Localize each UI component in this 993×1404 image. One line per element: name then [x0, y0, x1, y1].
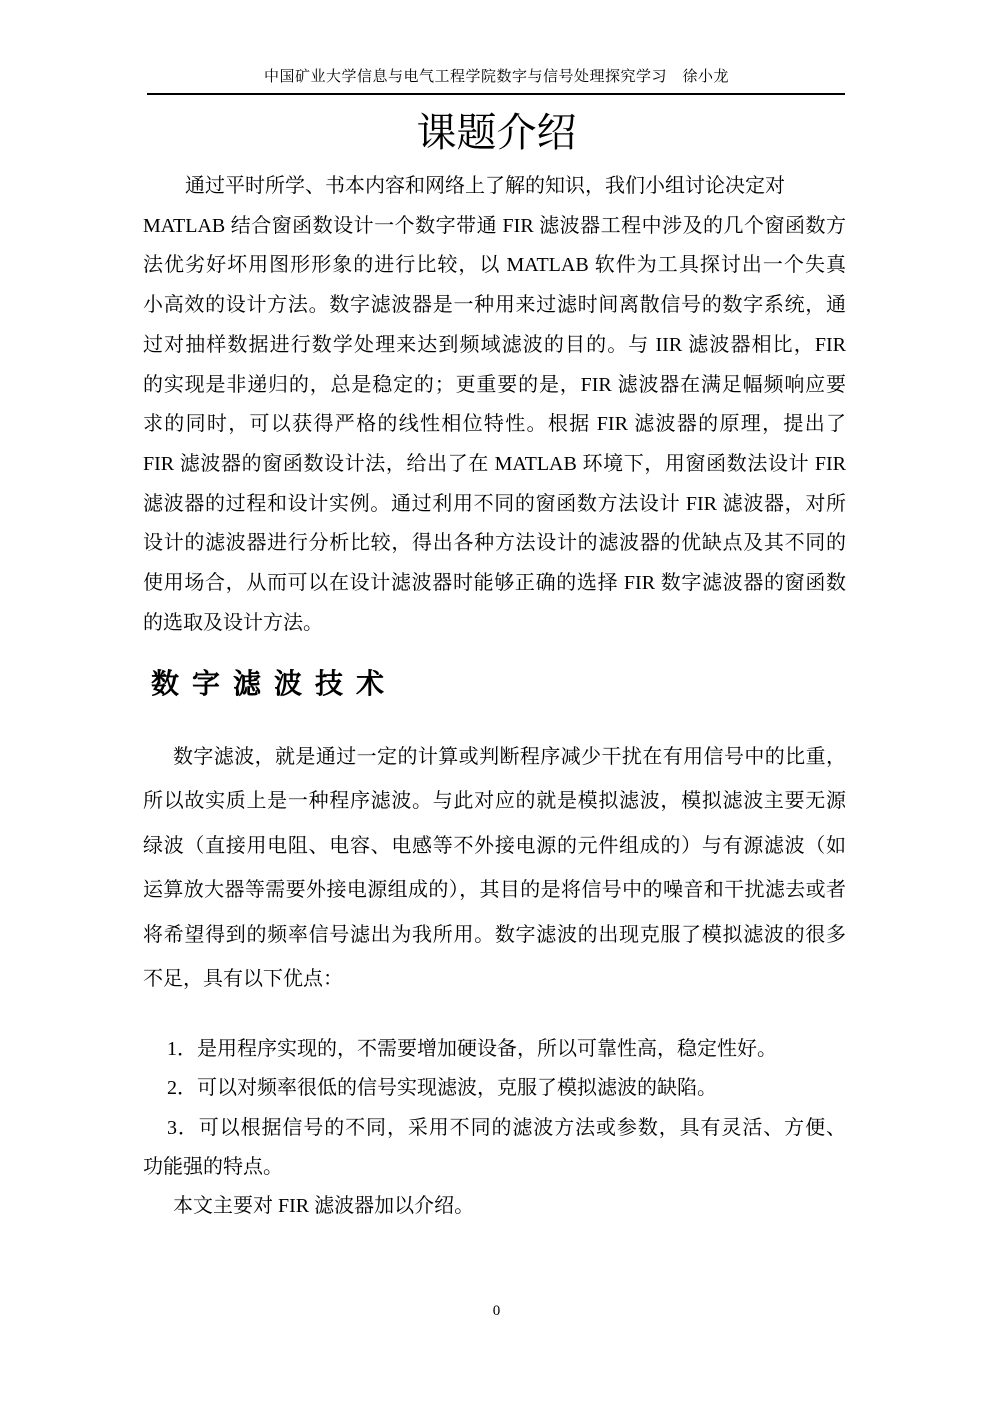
- text-line: 所以故实质上是一种程序滤波。与此对应的就是模拟滤波，模拟滤波主要无源: [143, 779, 846, 823]
- text-line: 小高效的设计方法。数字滤波器是一种用来过滤时间离散信号的数字系统，通: [143, 286, 846, 326]
- text-line: 使用场合，从而可以在设计滤波器时能够正确的选择 FIR 数字滤波器的窗函数: [143, 564, 846, 604]
- intro-paragraph: 通过平时所学、书本内容和网络上了解的知识，我们小组讨论决定对 MATLAB 结合…: [143, 167, 846, 643]
- page-header: 中国矿业大学信息与电气工程学院数字与信号处理探究学习 徐小龙: [0, 67, 993, 87]
- text-line: MATLAB 结合窗函数设计一个数字带通 FIR 滤波器工程中涉及的几个窗函数方: [143, 207, 846, 247]
- text-line: 过对抽样数据进行数学处理来达到频域滤波的目的。与 IIR 滤波器相比，FIR: [143, 326, 846, 366]
- document-page: 中国矿业大学信息与电气工程学院数字与信号处理探究学习 徐小龙 课题介绍 通过平时…: [0, 0, 993, 1404]
- list-item: 3．可以根据信号的不同，采用不同的滤波方法或参数，具有灵活、方便、: [143, 1109, 846, 1148]
- header-rule: [147, 93, 845, 95]
- advantages-list: 1．是用程序实现的，不需要增加硬设备，所以可靠性高，稳定性好。 2．可以对频率很…: [143, 1030, 846, 1226]
- text-line: 的选取及设计方法。: [143, 604, 846, 644]
- text-line: 通过平时所学、书本内容和网络上了解的知识，我们小组讨论决定对: [143, 167, 846, 207]
- text-line: 将希望得到的频率信号滤出为我所用。数字滤波的出现克服了模拟滤波的很多: [143, 913, 846, 957]
- text-line: 绿波（直接用电阻、电容、电感等不外接电源的元件组成的）与有源滤波（如: [143, 824, 846, 868]
- text-line: 不足，具有以下优点：: [143, 957, 846, 1001]
- list-continuation: 功能强的特点。: [143, 1148, 846, 1187]
- text-line: 求的同时，可以获得严格的线性相位特性。根据 FIR 滤波器的原理，提出了: [143, 405, 846, 445]
- text-line: 运算放大器等需要外接电源组成的），其目的是将信号中的噪音和干扰滤去或者: [143, 868, 846, 912]
- closing-line: 本文主要对 FIR 滤波器加以介绍。: [143, 1187, 846, 1226]
- list-item: 2．可以对频率很低的信号实现滤波，克服了模拟滤波的缺陷。: [143, 1069, 846, 1108]
- text-line: 滤波器的过程和设计实例。通过利用不同的窗函数方法设计 FIR 滤波器，对所: [143, 485, 846, 525]
- body-paragraph: 数字滤波，就是通过一定的计算或判断程序减少干扰在有用信号中的比重， 所以故实质上…: [143, 735, 846, 1001]
- text-line: FIR 滤波器的窗函数设计法，给出了在 MATLAB 环境下，用窗函数法设计 F…: [143, 445, 846, 485]
- page-title: 课题介绍: [0, 109, 993, 157]
- text-line: 数字滤波，就是通过一定的计算或判断程序减少干扰在有用信号中的比重，: [143, 735, 846, 779]
- text-line: 的实现是非递归的，总是稳定的；更重要的是，FIR 滤波器在满足幅频响应要: [143, 366, 846, 406]
- section-heading: 数字滤波技术: [151, 667, 397, 701]
- text-line: 设计的滤波器进行分析比较，得出各种方法设计的滤波器的优缺点及其不同的: [143, 524, 846, 564]
- page-number: 0: [0, 1302, 993, 1320]
- text-line: 法优劣好坏用图形形象的进行比较，以 MATLAB 软件为工具探讨出一个失真: [143, 246, 846, 286]
- list-item: 1．是用程序实现的，不需要增加硬设备，所以可靠性高，稳定性好。: [143, 1030, 846, 1069]
